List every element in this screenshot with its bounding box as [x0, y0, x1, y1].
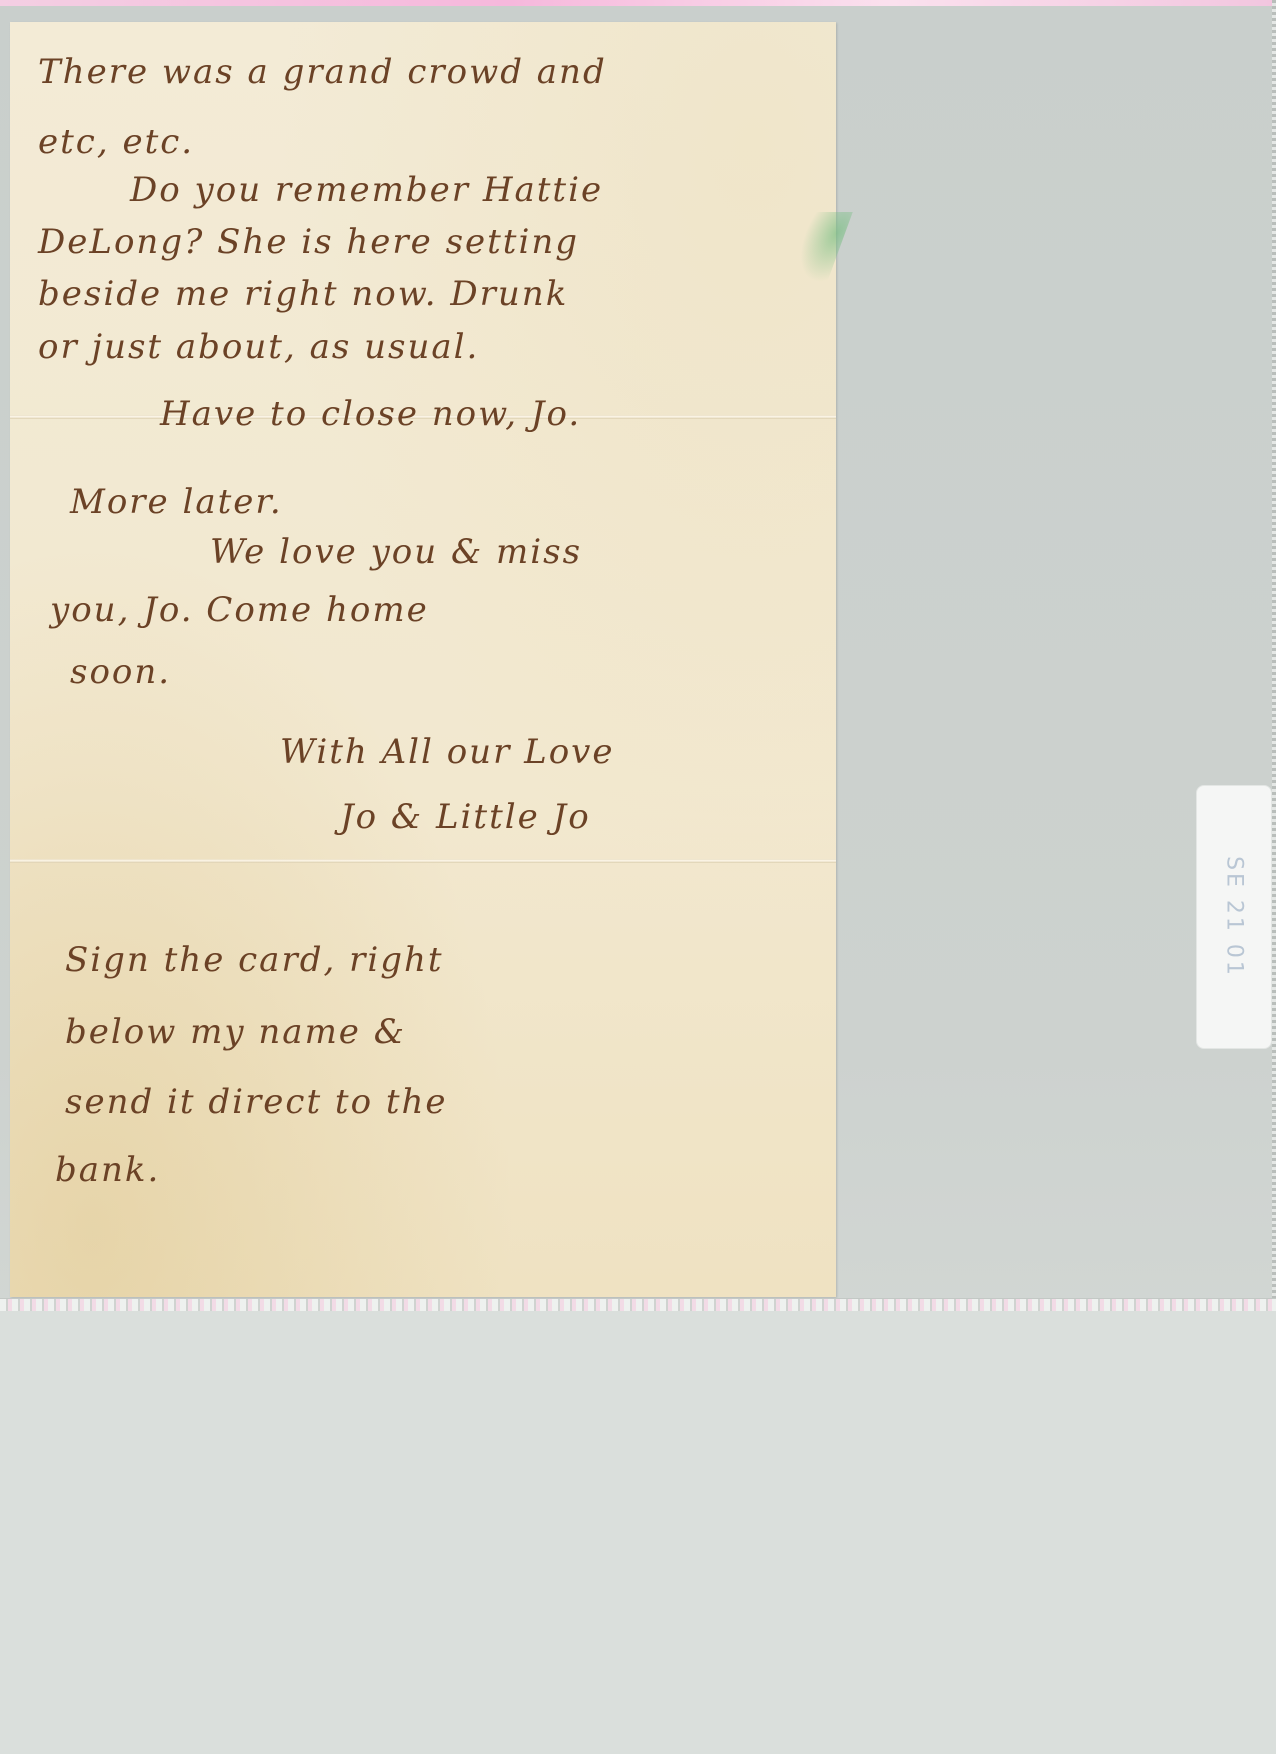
letter-line: etc, etc. [38, 122, 194, 162]
letter-line: DeLong? She is here setting [38, 222, 579, 262]
signature: Jo & Little Jo [340, 797, 591, 837]
letter-line: beside me right now. Drunk [38, 274, 568, 314]
letter-line: We love you & miss [210, 532, 582, 572]
sleeve-edge [1272, 0, 1276, 1310]
letter-line: or just about, as usual. [38, 327, 479, 367]
letter-line: More later. [70, 482, 283, 522]
letter-line: Have to close now, Jo. [160, 394, 581, 434]
postscript-line: send it direct to the [65, 1082, 448, 1122]
letter-line: you, Jo. Come home [50, 590, 429, 630]
sleeve-seam [0, 1298, 1276, 1312]
sleeve-lower-area [0, 1311, 1276, 1754]
postscript-line: bank. [55, 1150, 160, 1190]
closing-line: With All our Love [280, 732, 615, 772]
letter-line: Do you remember Hattie [130, 170, 603, 210]
letter-line: soon. [70, 652, 171, 692]
letter-line: There was a grand crowd and [38, 52, 607, 92]
postscript-line: Sign the card, right [65, 940, 444, 980]
label-text: SE 21 01 [1222, 856, 1247, 978]
postscript-line: below my name & [65, 1012, 406, 1052]
fold-line [10, 859, 836, 863]
letter-page: There was a grand crowd and etc, etc. Do… [10, 22, 836, 1297]
scan-edge-strip [0, 0, 1276, 6]
archive-label-tag: SE 21 01 [1196, 785, 1272, 1049]
